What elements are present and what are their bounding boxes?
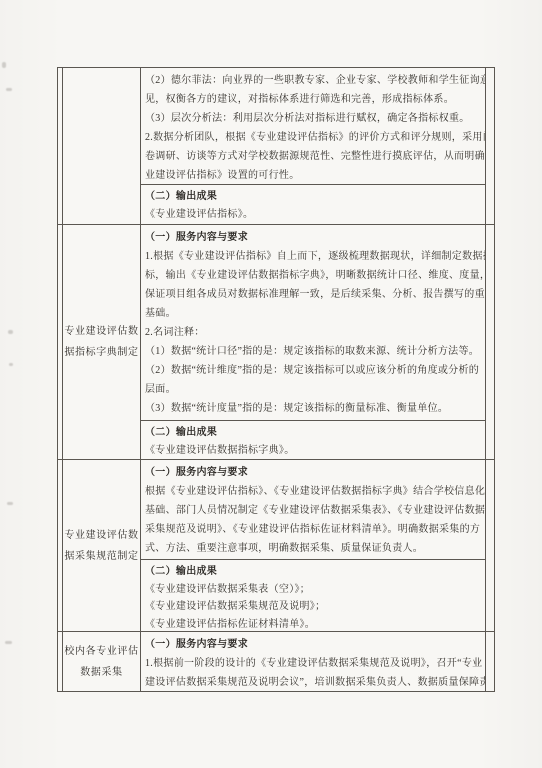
text-line: 建设评估数据采集规范及说明会议”，培训数据采集负责人、数据质量保障责 xyxy=(145,673,483,691)
text-line: （2）数据“统计维度”指的是：规定该指标可以或应该分析的角度或分析的 xyxy=(145,361,483,380)
service-content-section: （2）德尔菲法：向业界的一些职教专家、企业专家、学校教师和学生征询意见，权衡各方… xyxy=(141,68,485,184)
right-margin-strip xyxy=(486,225,494,459)
text-line: 层面。 xyxy=(145,380,483,399)
row-label-line: 专业建设评估数 xyxy=(64,321,138,342)
row-label-cell: 专业建设评估数据采集规范制定 xyxy=(63,460,141,631)
section-header: （一）服务内容与要求 xyxy=(145,635,483,654)
scan-artifact xyxy=(6,88,12,91)
right-margin-strip xyxy=(486,460,494,631)
scan-artifact xyxy=(8,330,13,334)
scan-artifact xyxy=(2,62,6,68)
text-line: 基础。 xyxy=(145,304,483,323)
service-content-section: （一）服务内容与要求1.根据前一阶段的设计的《专业建设评估数据采集规范及说明》，… xyxy=(141,632,485,691)
text-line: （1）数据“统计口径”指的是：规定该指标的取数来源、统计分析方法等。 xyxy=(145,342,483,361)
text-line: 见，权衡各方的建议，对指标体系进行筛选和完善，形成指标体系。 xyxy=(145,90,483,109)
service-content-section: （一）服务内容与要求根据《专业建设评估指标》、《专业建设评估数据指标字典》结合学… xyxy=(141,460,485,559)
scanned-document-page: （2）德尔菲法：向业界的一些职教专家、企业专家、学校教师和学生征询意见，权衡各方… xyxy=(0,0,542,768)
row-content-cell: （一）服务内容与要求根据《专业建设评估指标》、《专业建设评估数据指标字典》结合学… xyxy=(141,460,486,631)
output-results-section: （二）输出成果《专业建设评估指标》。 xyxy=(141,184,485,224)
row-label-cell xyxy=(63,68,141,224)
row-label-line: 据指标字典制定 xyxy=(64,342,138,363)
row-label-cell: 校内各专业评估数据采集 xyxy=(63,632,141,691)
table-row: （2）德尔菲法：向业界的一些职教专家、企业专家、学校教师和学生征询意见，权衡各方… xyxy=(58,68,494,224)
text-line: 根据《专业建设评估指标》、《专业建设评估数据指标字典》结合学校信息化 xyxy=(145,482,483,501)
text-line: （3）数据“统计度量”指的是：规定该指标的衡量标准、衡量单位。 xyxy=(145,399,483,418)
row-content-cell: （一）服务内容与要求1.根据《专业建设评估指标》自上而下，逐级梳理数据现状，详细… xyxy=(141,225,486,459)
text-line: 1.根据《专业建设评估指标》自上而下，逐级梳理数据现状，详细制定数据指 xyxy=(145,247,483,266)
row-content-cell: （一）服务内容与要求1.根据前一阶段的设计的《专业建设评估数据采集规范及说明》，… xyxy=(141,632,486,691)
text-line: （2）德尔菲法：向业界的一些职教专家、企业专家、学校教师和学生征询意 xyxy=(145,71,483,90)
text-line: 2.数据分析团队，根据《专业建设评估指标》的评价方式和评分规则，采用问 xyxy=(145,128,483,147)
scan-artifact xyxy=(5,641,12,644)
section-header: （二）输出成果 xyxy=(145,188,483,206)
evaluation-service-table: （2）德尔菲法：向业界的一些职教专家、企业专家、学校教师和学生征询意见，权衡各方… xyxy=(57,67,495,692)
text-line: （3）层次分析法：利用层次分析法对指标进行赋权，确定各指标权重。 xyxy=(145,109,483,128)
text-line: 《专业建设评估指标佐证材料清单》。 xyxy=(145,616,483,632)
output-results-section: （二）输出成果《专业建设评估数据指标字典》。 xyxy=(141,420,485,459)
section-header: （一）服务内容与要求 xyxy=(145,463,483,482)
text-line: 《专业建设评估指标》。 xyxy=(145,206,483,224)
table-row: 校内各专业评估数据采集（一）服务内容与要求1.根据前一阶段的设计的《专业建设评估… xyxy=(58,631,494,691)
text-line: 保证项目组各成员对数据标准理解一致，是后续采集、分析、报告撰写的重要 xyxy=(145,285,483,304)
right-margin-strip xyxy=(486,632,494,691)
text-line: 标，输出《专业建设评估数据指标字典》，明晰数据统计口径、维度、度量， xyxy=(145,266,483,285)
text-line: 《专业建设评估数据采集表（空）》； xyxy=(145,581,483,599)
right-margin-strip xyxy=(486,68,494,224)
text-line: 1.根据前一阶段的设计的《专业建设评估数据采集规范及说明》，召开“专业 xyxy=(145,654,483,673)
text-line: 式、方法、重要注意事项，明确数据采集、质量保证负责人。 xyxy=(145,539,483,558)
row-content-cell: （2）德尔菲法：向业界的一些职教专家、企业专家、学校教师和学生征询意见，权衡各方… xyxy=(141,68,486,224)
text-line: 2.名词注释： xyxy=(145,323,483,342)
scan-artifact xyxy=(7,502,13,505)
text-line: 《专业建设评估数据指标字典》。 xyxy=(145,442,483,460)
text-line: 卷调研、访谈等方式对学校数据源规范性、完整性进行摸底评估，从而明确《专 xyxy=(145,147,483,166)
scan-artifact xyxy=(9,363,13,366)
service-content-section: （一）服务内容与要求1.根据《专业建设评估指标》自上而下，逐级梳理数据现状，详细… xyxy=(141,225,485,420)
table-row: 专业建设评估数据采集规范制定（一）服务内容与要求根据《专业建设评估指标》、《专业… xyxy=(58,459,494,631)
row-label-line: 数据采集 xyxy=(80,662,122,683)
section-header: （一）服务内容与要求 xyxy=(145,228,483,247)
text-line: 基础、部门人员情况制定《专业建设评估数据采集表》、《专业建设评估数据 xyxy=(145,501,483,520)
text-line: 采集规范及说明》、《专业建设评估指标佐证材料清单》。明确数据采集的方 xyxy=(145,520,483,539)
row-label-line: 专业建设评估数 xyxy=(64,525,138,546)
text-line: 业建设评估指标》设置的可行性。 xyxy=(145,166,483,184)
table-row: 专业建设评估数据指标字典制定（一）服务内容与要求1.根据《专业建设评估指标》自上… xyxy=(58,224,494,459)
section-header: （二）输出成果 xyxy=(145,563,483,581)
row-label-cell: 专业建设评估数据指标字典制定 xyxy=(63,225,141,459)
output-results-section: （二）输出成果《专业建设评估数据采集表（空）》；《专业建设评估数据采集规范及说明… xyxy=(141,559,485,631)
section-header: （二）输出成果 xyxy=(145,424,483,442)
row-label-line: 校内各专业评估 xyxy=(64,641,138,662)
text-line: 《专业建设评估数据采集规范及说明》； xyxy=(145,598,483,616)
row-label-line: 据采集规范制定 xyxy=(64,546,138,567)
